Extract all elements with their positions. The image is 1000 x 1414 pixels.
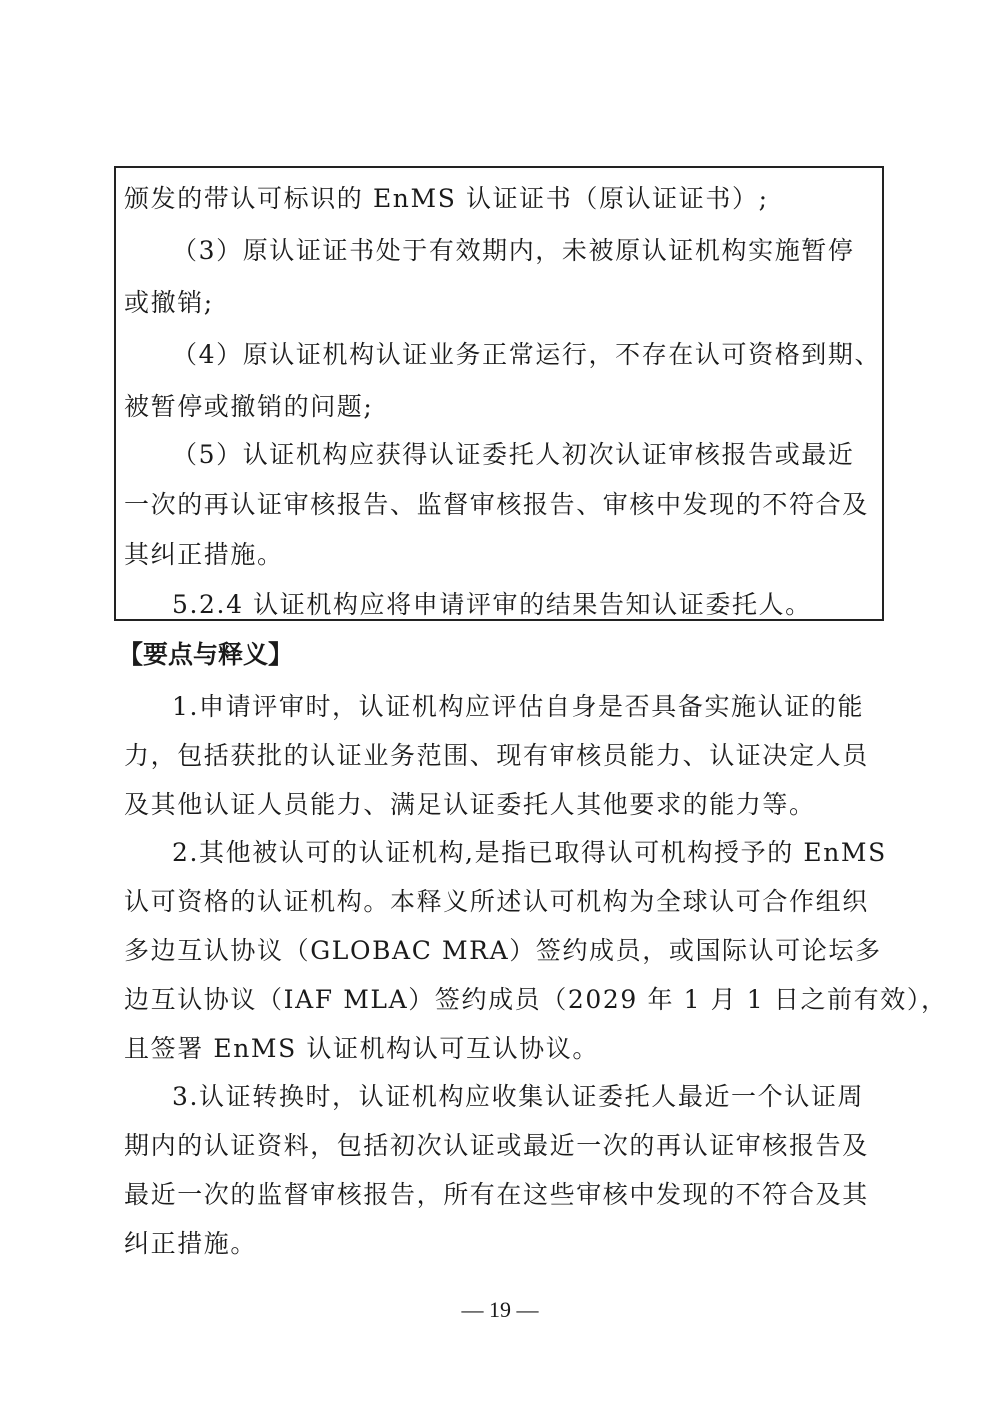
body-line: 期内的认证资料，包括初次认证或最近一次的再认证审核报告及 xyxy=(124,1131,869,1161)
body-line: 3.认证转换时，认证机构应收集认证委托人最近一个认证周 xyxy=(172,1082,864,1112)
body-line: 多边互认协议（GLOBAC MRA）签约成员，或国际认可论坛多 xyxy=(124,936,882,966)
body-line: 边互认协议（IAF MLA）签约成员（2029 年 1 月 1 日之前有效）， xyxy=(124,985,948,1015)
box-line: 被暂停或撤销的问题; xyxy=(124,392,373,422)
body-line: 认可资格的认证机构。本释义所述认可机构为全球认可合作组织 xyxy=(124,887,869,917)
box-line: 颁发的带认可标识的 EnMS 认证证书（原认证证书）; xyxy=(124,184,769,214)
box-line: 其纠正措施。 xyxy=(124,540,284,570)
box-line: （3）原认证证书处于有效期内，未被原认证机构实施暂停 xyxy=(172,236,855,266)
body-line: 1.申请评审时，认证机构应评估自身是否具备实施认证的能 xyxy=(172,692,864,722)
body-line: 纠正措施。 xyxy=(124,1229,257,1259)
box-line: 一次的再认证审核报告、监督审核报告、审核中发现的不符合及 xyxy=(124,490,869,520)
box-line: （4）原认证机构认证业务正常运行，不存在认可资格到期、 xyxy=(172,340,881,370)
body-line: 力，包括获批的认证业务范围、现有审核员能力、认证决定人员 xyxy=(124,741,869,771)
body-line: 最近一次的监督审核报告，所有在这些审核中发现的不符合及其 xyxy=(124,1180,869,1210)
box-line: 或撤销; xyxy=(124,288,214,318)
body-line: 且签署 EnMS 认证机构认可互认协议。 xyxy=(124,1034,599,1064)
box-line: 5.2.4 认证机构应将申请评审的结果告知认证委托人。 xyxy=(172,590,812,620)
box-line: （5）认证机构应获得认证委托人初次认证审核报告或最近 xyxy=(172,440,855,470)
page-number: — 19 — xyxy=(0,1297,1000,1323)
body-line: 2.其他被认可的认证机构,是指已取得认可机构授予的 EnMS xyxy=(172,838,887,868)
section-heading: 【要点与释义】 xyxy=(118,640,293,670)
body-line: 及其他认证人员能力、满足认证委托人其他要求的能力等。 xyxy=(124,790,816,820)
